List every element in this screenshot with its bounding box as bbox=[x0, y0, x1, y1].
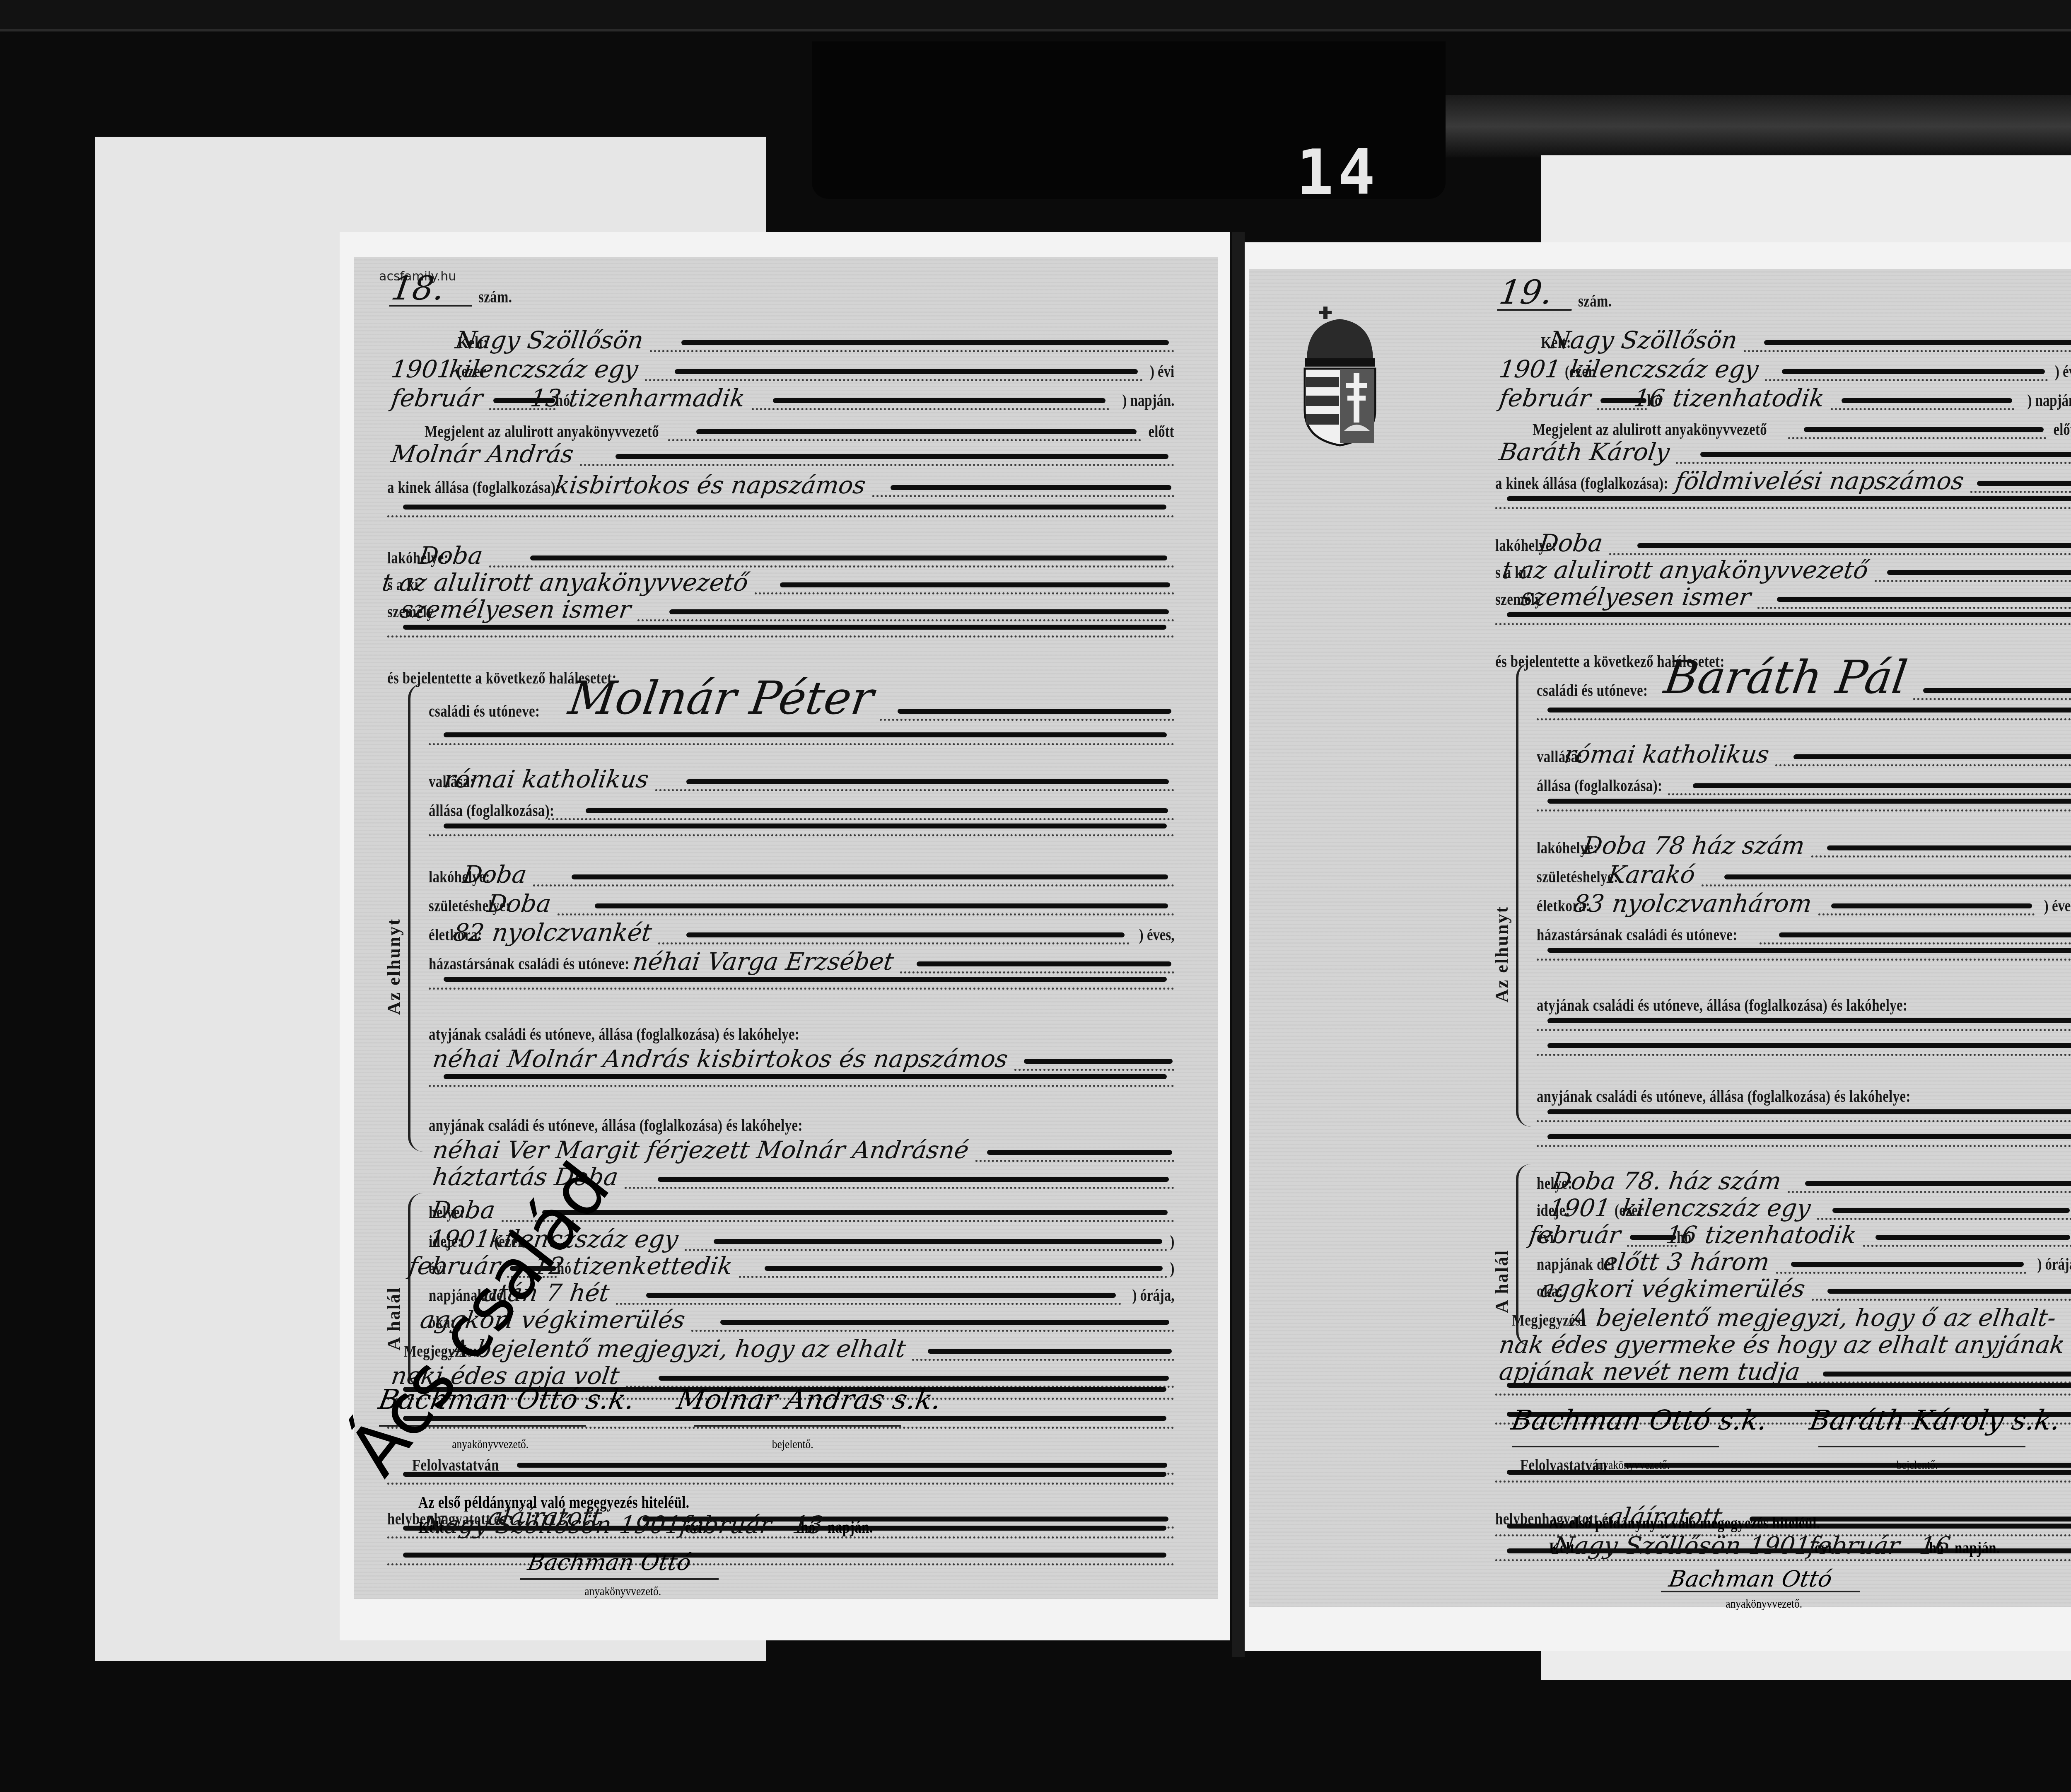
copy-day: 13 bbox=[791, 1513, 825, 1537]
copy-month: február bbox=[678, 1513, 773, 1537]
age-row: életkora: 83 nyolczvanhárom ) éves, bbox=[1537, 891, 2071, 915]
record-number-row: 19. szám. bbox=[1495, 286, 1644, 311]
remark-row-2: nak édes gyermeke és hogy az elhalt anyj… bbox=[1495, 1332, 2071, 1357]
known-how-row: személy személyesen ismer bbox=[1495, 584, 2071, 609]
label-napjan: ) napján. bbox=[2027, 391, 2071, 410]
death-year-digits: 1901 bbox=[1547, 1196, 1612, 1220]
known-how: személyesen ismer bbox=[399, 597, 632, 621]
day-words: tizenhatodik bbox=[1671, 386, 1826, 410]
label-anyjanak: anyjának családi és utóneve, állása (fog… bbox=[429, 1116, 803, 1135]
day: 16 bbox=[1632, 386, 1666, 410]
father-label-row: atyjának családi és utóneve, állása (fog… bbox=[429, 1019, 1174, 1044]
age: 83 bbox=[1572, 891, 1606, 915]
date-row: február hó 16 tizenhatodik ) napján. bbox=[1495, 385, 2071, 410]
label-hazastarsanak: házastársának családi és utóneve: bbox=[429, 954, 630, 973]
deceased-name: Molnár Péter bbox=[566, 675, 877, 721]
label-csaladi-utoneve: családi és utóneve: bbox=[429, 701, 540, 721]
label-anyakonyvvezeto: anyakönyvvezető. bbox=[1593, 1458, 1670, 1472]
known-how: személyesen ismer bbox=[1519, 585, 1752, 609]
record-number-row: 18. szám. bbox=[387, 282, 561, 307]
copy-place: Nagy Szöllősön bbox=[422, 1513, 613, 1537]
label-az-elhunyt: Az elhunyt bbox=[1491, 906, 1512, 1002]
film-edge-right bbox=[1441, 95, 2071, 157]
film-edge-top bbox=[0, 0, 2071, 31]
death-day-words: tizenkettedik bbox=[571, 1254, 734, 1278]
label-elso-peldany: Az első példánynyal való megegyezés hite… bbox=[1549, 1513, 1820, 1533]
known-by: t az alulirott anyakönyvvezető bbox=[1501, 558, 1870, 582]
religion-row: vallása: római katholikus bbox=[1537, 741, 2071, 766]
known-by: t az alulirott anyakönyvvezető bbox=[381, 570, 750, 594]
age-words: nyolczvankét bbox=[491, 920, 653, 944]
megjelent-row: Megjelent az alulirott anyakönyvvezető e… bbox=[387, 416, 1174, 441]
death-cause-row: oka: aggkori végkimerülés bbox=[1537, 1276, 2071, 1301]
remark-line-2: nak édes gyermeke és hogy az elhalt anyj… bbox=[1498, 1333, 2071, 1357]
label-csaladi-utoneve: családi és utóneve: bbox=[1537, 681, 1648, 700]
year-words: kilenczszáz egy bbox=[448, 357, 640, 381]
label-megjelent: Megjelent az alulirott anyakönyvvezető bbox=[1533, 420, 1767, 439]
birthplace-row: születéshelye: Doba bbox=[429, 891, 1174, 915]
day: 13 bbox=[529, 386, 562, 410]
father-row: néhai Molnár András kisbirtokos és napsz… bbox=[429, 1046, 1174, 1071]
age-words: nyolczvanhárom bbox=[1611, 891, 1813, 915]
label-az-elhunyt: Az elhunyt bbox=[383, 918, 404, 1015]
year-words: kilenczszáz egy bbox=[1568, 357, 1760, 381]
spouse-row: házastársának családi és utóneve: bbox=[1537, 920, 2071, 944]
informant-occupation: földmivelési napszámos bbox=[1674, 469, 1965, 493]
death-day: 16 bbox=[1665, 1223, 1699, 1247]
copy-year: 1901 bbox=[1748, 1534, 1812, 1558]
informant-name: Baráth Károly bbox=[1498, 440, 1671, 464]
year-row: 1901 (ezer kilenczszáz egy ) évi bbox=[1495, 356, 2071, 381]
paren: ) bbox=[1170, 1232, 1174, 1251]
label-anyakonyvvezeto-copy: anyakönyvvezető. bbox=[1726, 1597, 1802, 1611]
deceased-name: Baráth Pál bbox=[1661, 654, 1910, 700]
remark-row-3: apjának nevét nem tudja bbox=[1495, 1359, 2071, 1384]
label-bejelento: bejelentő. bbox=[1897, 1458, 1938, 1472]
spouse-row: házastársának családi és utóneve: néhai … bbox=[429, 949, 1174, 973]
copy-signature: Bachman Ottó bbox=[1667, 1566, 1834, 1592]
death-year-digits: 1901 bbox=[427, 1227, 492, 1251]
death-cause: aggkori végkimerülés bbox=[1539, 1277, 1807, 1301]
deceased-residence: Doba 78 ház szám bbox=[1581, 833, 1806, 857]
month: február bbox=[390, 386, 484, 410]
occupation-row: állása (foglalkozása): bbox=[429, 795, 1174, 820]
death-time-prefix: előtt bbox=[1602, 1250, 1661, 1274]
label-napjan: ) napján. bbox=[1122, 391, 1174, 410]
label-szam: szám. bbox=[478, 287, 512, 307]
book-spine bbox=[1232, 232, 1245, 1657]
label-allasa: állása (foglalkozása): bbox=[1537, 776, 1662, 795]
reel-tab-number: 14 bbox=[1296, 137, 1379, 209]
year-digits: 1901 bbox=[390, 357, 454, 381]
label-kinek-allasa: a kinek állása (foglalkozása): bbox=[387, 478, 560, 497]
death-month: február bbox=[1528, 1223, 1622, 1247]
label-hazastarsanak: házastársának családi és utóneve: bbox=[1537, 925, 1738, 944]
remark-line-1: A bejelentő megjegyzi, hogy ő az elhalt- bbox=[1570, 1306, 2058, 1330]
age: 82 bbox=[452, 920, 486, 944]
mother-label-row: anyjának családi és utóneve, állása (fog… bbox=[429, 1110, 1174, 1135]
residence-row: lakóhelye: Doba bbox=[429, 862, 1174, 886]
death-place: Doba bbox=[430, 1198, 497, 1222]
copy-month: február bbox=[1807, 1534, 1901, 1558]
label-allasa: állása (foglalkozása): bbox=[429, 801, 554, 820]
label-anyjanak: anyjának családi és utóneve, állása (fog… bbox=[1537, 1087, 1911, 1106]
copy-note-row: Az első példánynyal való megegyezés hite… bbox=[1549, 1508, 2067, 1533]
religion: római katholikus bbox=[442, 767, 650, 791]
father-label-row: atyjának családi és utóneve, állása (fog… bbox=[1537, 990, 2071, 1015]
label-elott: előtt bbox=[2054, 420, 2071, 439]
deceased-residence: Doba bbox=[461, 862, 528, 886]
label-eves: ) éves, bbox=[1139, 925, 1174, 944]
record-number: 19. bbox=[1497, 276, 1576, 311]
date-row: február hó 13 tizenharmadik ) napján. bbox=[387, 385, 1174, 410]
mother-line-1: néhai Ver Margit férjezett Molnár András… bbox=[431, 1138, 970, 1162]
label-oraja: ) órája, bbox=[2037, 1254, 2071, 1274]
copy-date-row: Kelt Nagy Szöllősön 1901 évi február hó … bbox=[418, 1512, 915, 1537]
birthplace: Karakó bbox=[1606, 862, 1697, 886]
informant-row: Molnár András bbox=[387, 441, 1174, 466]
informant-signature: Baráth Károly s.k. bbox=[1807, 1404, 2063, 1436]
kelt-place: Nagy Szöllősön bbox=[454, 328, 645, 352]
label-atyjanak: atyjának családi és utóneve, állása (fog… bbox=[429, 1024, 799, 1044]
birthplace-row: születéshelye: Karakó bbox=[1537, 862, 2071, 886]
record-19-footer: Bachman Ottó s.k. anyakönyvvezető. Barát… bbox=[1495, 1396, 2071, 1611]
remark-line-3: apjának nevét nem tudja bbox=[1498, 1360, 1802, 1384]
informant-residence-row: lakóhelye: Doba bbox=[387, 543, 1174, 568]
remark-line-1: A bejelentő megjegyzi, hogy az elhalt bbox=[450, 1337, 908, 1361]
known-by-row: s a ki t az alulirott anyakönyvvezető bbox=[1495, 557, 2071, 582]
death-day-words: tizenhatodik bbox=[1703, 1223, 1858, 1247]
remark-row-1: Megjegyzés: A bejelentő megjegyzi, hogy … bbox=[1495, 1305, 2071, 1330]
age-row: életkora: 82 nyolczvankét ) éves, bbox=[429, 920, 1174, 944]
megjelent-row: Megjelent az alulirott anyakönyvvezető e… bbox=[1495, 414, 2071, 439]
occupation-row: állása (foglalkozása): bbox=[1537, 770, 2071, 795]
copy-year: 1901 bbox=[618, 1513, 683, 1537]
informant-signature: Molnár András s.k. bbox=[674, 1384, 944, 1415]
registrar-signature: Bachman Ottó s.k. bbox=[1509, 1404, 1770, 1436]
death-place: Doba 78. ház szám bbox=[1550, 1169, 1783, 1193]
copy-day: 16 bbox=[1918, 1534, 1952, 1558]
informant-occupation: kisbirtokos és napszámos bbox=[553, 473, 867, 497]
record-18-footer: Bachman Ottó s.k. anyakönyvvezető. Molná… bbox=[354, 1367, 1218, 1599]
religion: római katholikus bbox=[1562, 742, 1770, 766]
paren: ) bbox=[1170, 1258, 1174, 1278]
death-hour-row: napjának dél előtt 3 három ) órája, bbox=[1537, 1249, 2071, 1274]
label-a-halal: A halál bbox=[1491, 1249, 1512, 1313]
label-szam: szám. bbox=[1578, 291, 1612, 311]
informant-occupation-row: a kinek állása (foglalkozása): kisbirtok… bbox=[387, 472, 1174, 497]
label-kinek-allasa: a kinek állása (foglalkozása): bbox=[1495, 473, 1668, 493]
death-year-row: ideje: 1901 (ezer kilenczszáz egy ) bbox=[1537, 1195, 2071, 1220]
label-napjan-copy: napján. bbox=[1955, 1538, 2000, 1558]
copy-place: Nagy Szöllősön bbox=[1552, 1534, 1743, 1558]
label-anyakonyvvezeto: anyakönyvvezető. bbox=[452, 1437, 529, 1451]
label-megjelent: Megjelent az alulirott anyakönyvvezető bbox=[425, 422, 659, 441]
death-hour-words: hét bbox=[568, 1281, 611, 1305]
deceased-name-row: családi és utóneve: Molnár Péter bbox=[429, 696, 1174, 721]
informant-residence-row: lakóhelye: Doba bbox=[1495, 530, 2071, 555]
birthplace: Doba bbox=[486, 891, 553, 915]
label-napjan-copy: napján. bbox=[828, 1517, 873, 1537]
mother-row-1: néhai Ver Margit férjezett Molnár András… bbox=[429, 1137, 1174, 1162]
kelt-row: Kelt: Nagy Szöllősön bbox=[387, 327, 1174, 352]
label-elso-peldany: Az első példánynyal való megegyezés hite… bbox=[418, 1493, 689, 1512]
record-number: 18. bbox=[389, 272, 477, 307]
informant-name: Molnár András bbox=[390, 442, 575, 466]
residence-row: lakóhelye: Doba 78 ház szám bbox=[1537, 833, 2071, 857]
mother-label-row: anyjának családi és utóneve, állása (fog… bbox=[1537, 1081, 2071, 1106]
copy-date-row: Kelt Nagy Szöllősön 1901 évi február hó … bbox=[1549, 1533, 2067, 1558]
death-hour: 3 bbox=[1665, 1250, 1684, 1274]
label-elott: előtt bbox=[1149, 422, 1174, 441]
kelt-place: Nagy Szöllősön bbox=[1548, 328, 1739, 352]
death-hour-words: három bbox=[1689, 1250, 1771, 1274]
deceased-bracket bbox=[1516, 663, 1531, 1127]
day-words: tizenharmadik bbox=[567, 386, 746, 410]
year-digits: 1901 bbox=[1498, 357, 1562, 381]
informant-residence: Doba bbox=[417, 543, 484, 568]
label-eves: ) éves, bbox=[2044, 896, 2071, 915]
label-bejelento: bejelentő. bbox=[772, 1437, 813, 1451]
month: február bbox=[1498, 386, 1592, 410]
label-oraja: ) órája, bbox=[1132, 1285, 1174, 1305]
spouse: néhai Varga Erzsébet bbox=[631, 949, 895, 973]
label-evi: ) évi bbox=[1150, 362, 1174, 381]
informant-occupation-row: a kinek állása (foglalkozása): földmivel… bbox=[1495, 468, 2071, 493]
death-cause-row: oka: aggkori végkimerülés bbox=[429, 1307, 1174, 1332]
death-date-row: évi február hó 16 tizenhatodik ) bbox=[1537, 1222, 2071, 1247]
hungarian-coat-of-arms-icon bbox=[1299, 307, 1381, 447]
informant-row: Baráth Károly bbox=[1495, 439, 2071, 464]
deceased-name-row: családi és utóneve: Baráth Pál bbox=[1537, 675, 2071, 700]
label-evi: ) évi bbox=[2055, 362, 2071, 381]
death-year-words: kilenczszáz egy bbox=[1620, 1196, 1812, 1220]
copy-note-row: Az első példánynyal való megegyezés hite… bbox=[418, 1487, 915, 1512]
death-place-row: helye: Doba 78. ház szám bbox=[1537, 1168, 2071, 1193]
father: néhai Molnár András kisbirtokos és napsz… bbox=[431, 1047, 1009, 1071]
copy-signature: Bachman Ottó bbox=[526, 1549, 693, 1575]
kelt-row: Kelt: Nagy Szöllősön bbox=[1495, 327, 2071, 352]
label-anyakonyvvezeto-copy: anyakönyvvezető. bbox=[584, 1584, 661, 1599]
deceased-bracket bbox=[408, 683, 423, 1152]
label-atyjanak: atyjának családi és utóneve, állása (fog… bbox=[1537, 995, 1907, 1015]
year-row: 1901 (ezer kilenczszáz egy ) évi bbox=[387, 356, 1174, 381]
reel-tab: 14 bbox=[812, 41, 1446, 199]
informant-residence: Doba bbox=[1538, 531, 1604, 555]
religion-row: vallása: római katholikus bbox=[429, 766, 1174, 791]
known-how-row: személy személyesen ismer bbox=[387, 597, 1174, 621]
known-by-row: s a ki t az alulirott anyakönyvvezető bbox=[387, 570, 1174, 594]
label-szuleteshelye: születéshelye: bbox=[1537, 867, 1618, 886]
